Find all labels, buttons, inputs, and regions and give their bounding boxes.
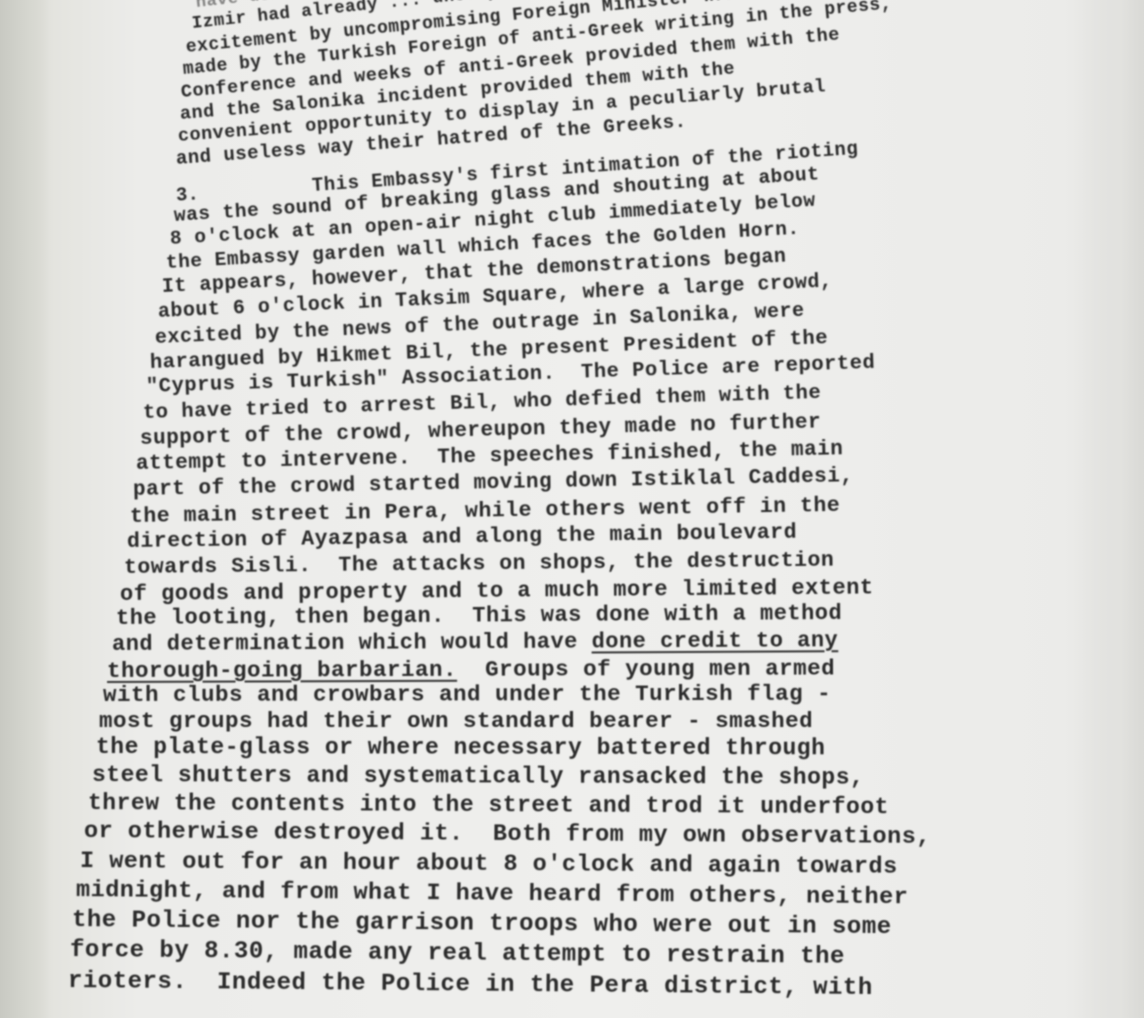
typed-line: most groups had their own standard beare… bbox=[99, 708, 813, 734]
typed-line: the Police nor the garrison troops who w… bbox=[72, 907, 892, 941]
typed-line: towards Sisli. The attacks on shops, the… bbox=[124, 549, 835, 580]
line-text: Groups of young men armed bbox=[457, 655, 835, 682]
line-text: and determination which would have bbox=[112, 629, 592, 657]
typed-line: rioters. Indeed the Police in the Pera d… bbox=[68, 968, 873, 1002]
underlined-phrase: done credit to any bbox=[592, 628, 839, 654]
typed-line: threw the contents into the street and t… bbox=[88, 790, 889, 820]
typed-line: thorough-going barbarian. Groups of youn… bbox=[107, 655, 835, 684]
underlined-phrase: thorough-going barbarian. bbox=[107, 657, 457, 684]
typed-line: or otherwise destroyed it. Both from my … bbox=[84, 818, 931, 851]
page-right-shadow bbox=[1064, 0, 1144, 1018]
typed-line: steel shutters and systematically ransac… bbox=[92, 762, 864, 791]
typed-line: the plate-glass or where necessary batte… bbox=[96, 734, 825, 761]
typed-line: the looting, then began. This was done w… bbox=[116, 601, 842, 631]
typed-line: midnight, and from what I have heard fro… bbox=[76, 877, 909, 911]
typed-line: with clubs and crowbars and under the Tu… bbox=[103, 681, 831, 708]
typed-line: and determination which would have done … bbox=[112, 628, 838, 657]
page-left-edge bbox=[0, 0, 50, 1018]
typed-line: I went out for an hour about 8 o'clock a… bbox=[80, 848, 898, 881]
paragraph-number: 3. bbox=[175, 183, 199, 206]
typed-line: force by 8.30, made any real attempt to … bbox=[70, 937, 845, 971]
photographed-document-page: have done ... already ...Izmir had alrea… bbox=[0, 0, 1144, 1018]
